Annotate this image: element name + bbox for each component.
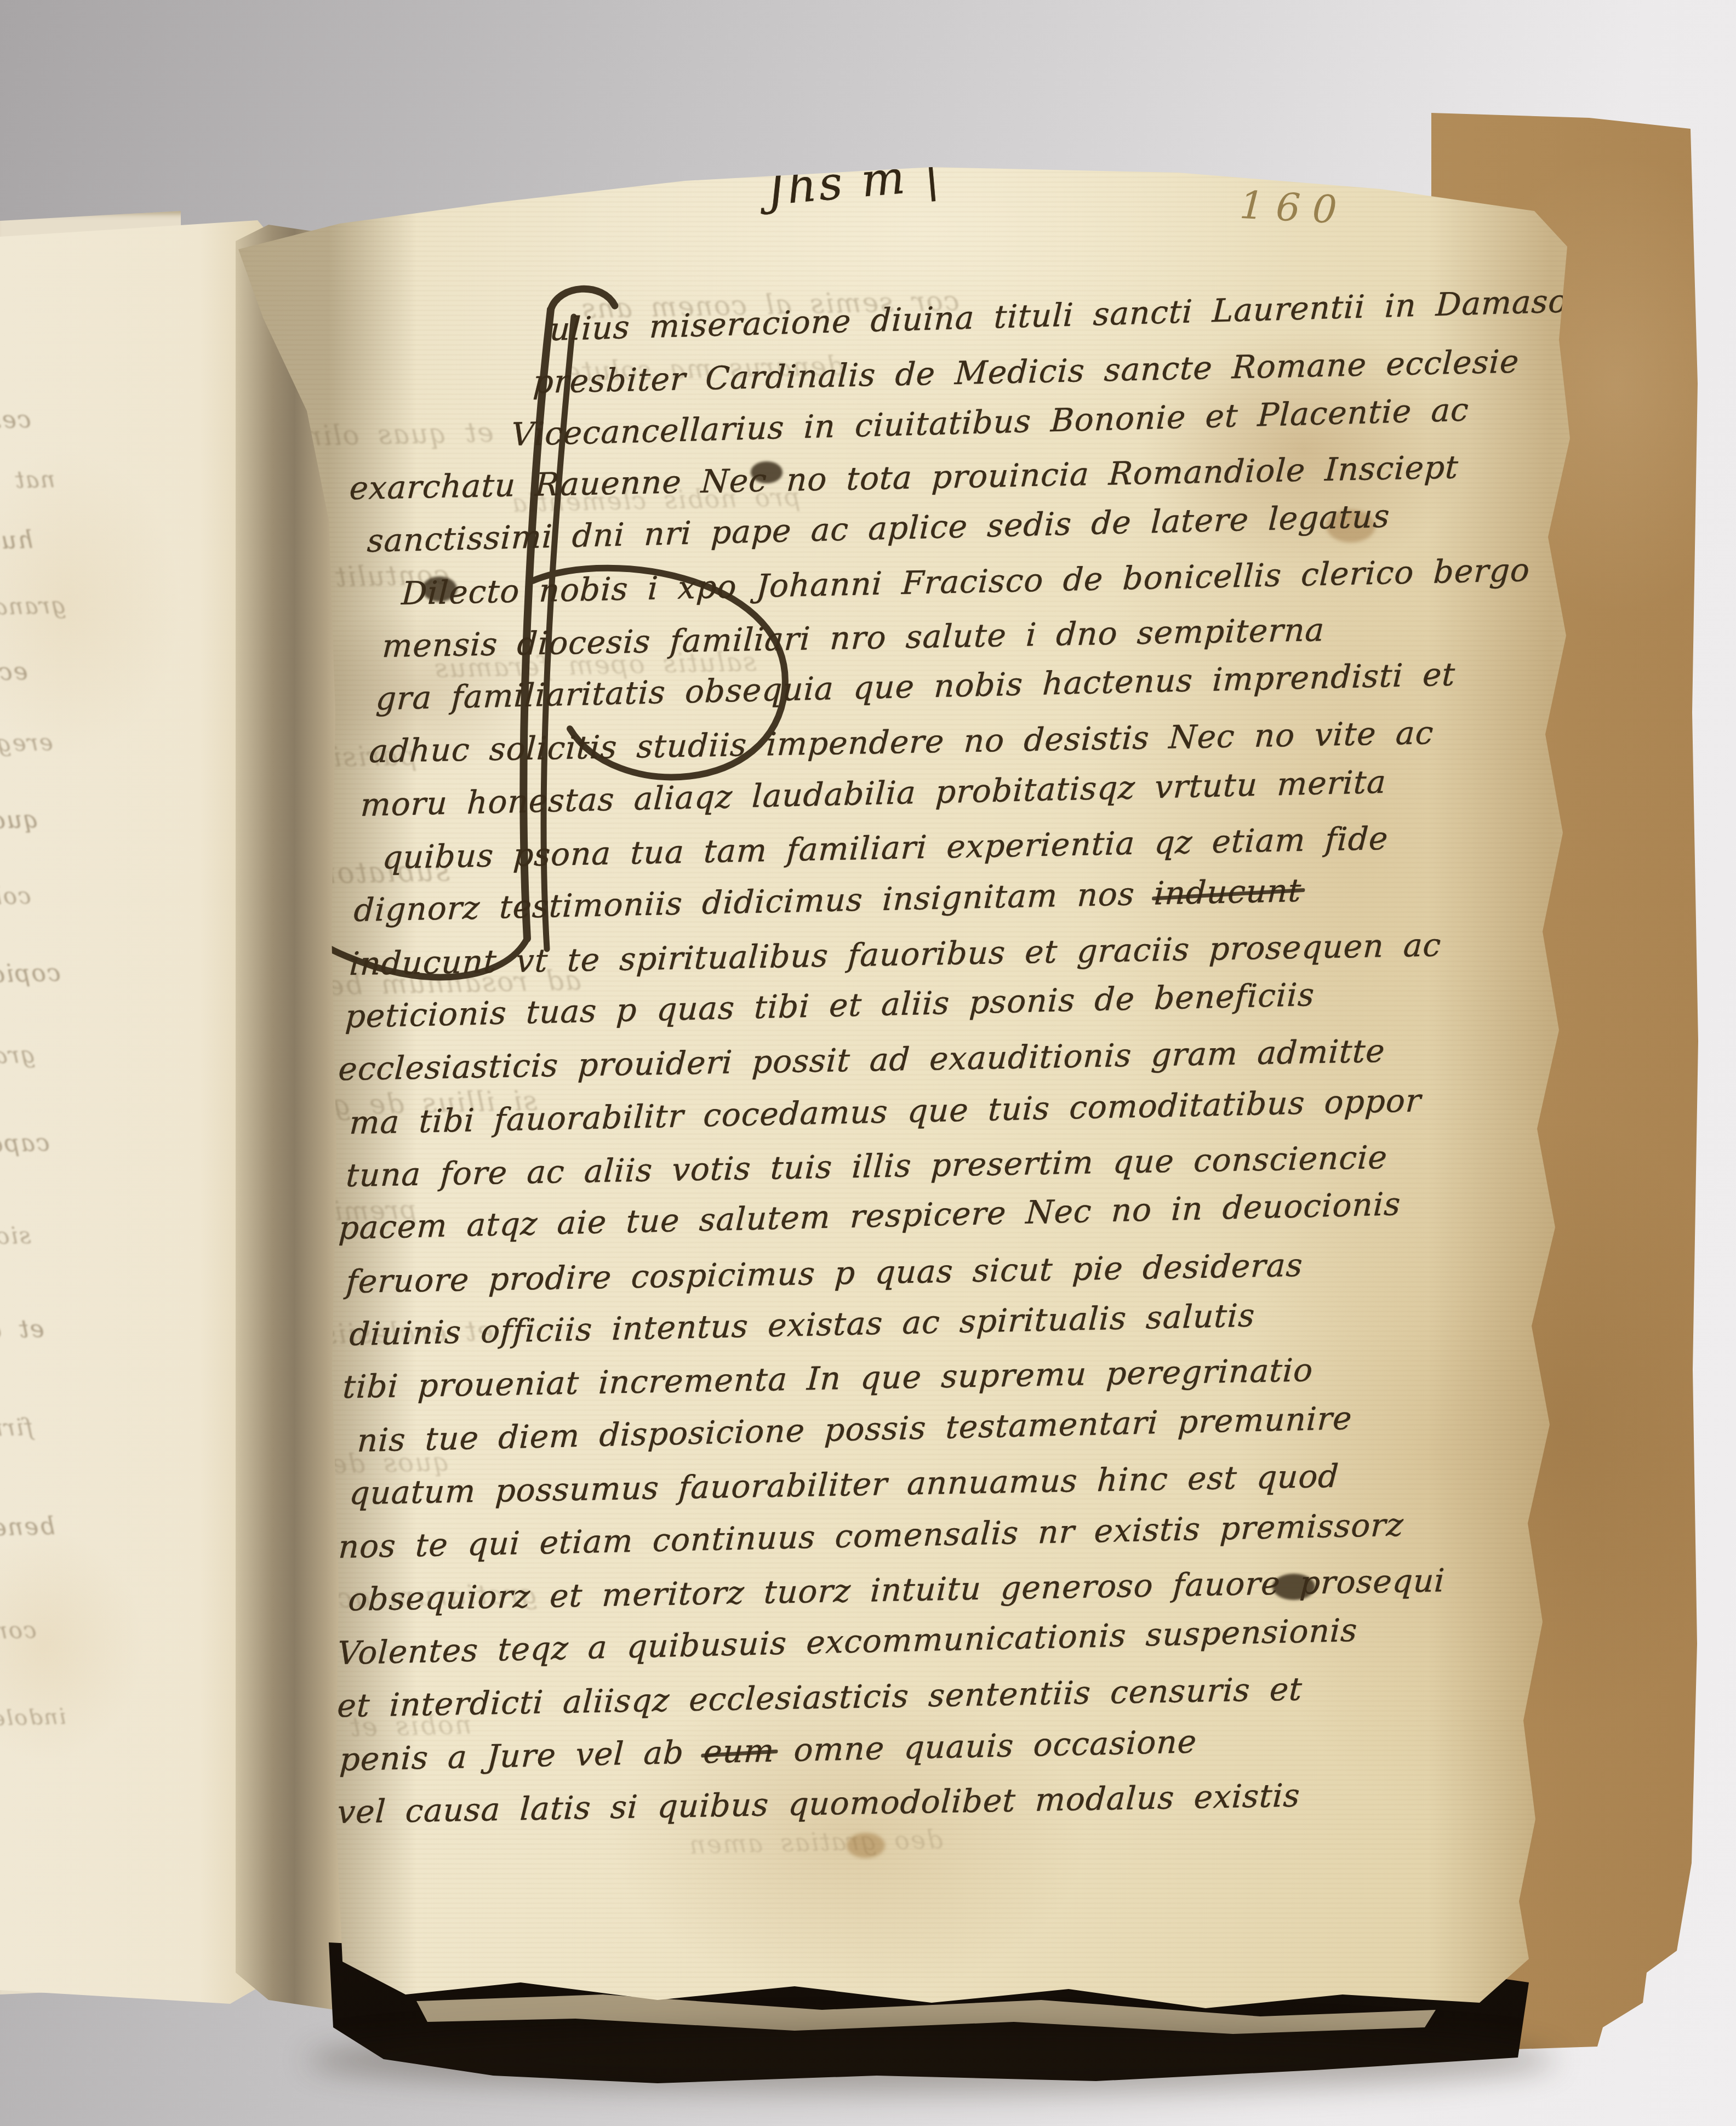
bleedthrough-line: gratum est [0, 1041, 36, 1071]
line-text: et interdicti aliisqz ecclesiasticis sen… [336, 1670, 1304, 1724]
bleedthrough-line: cesa volentes [0, 405, 31, 437]
bleedthrough-line: firmiter noster [0, 1414, 33, 1444]
fox-spot [847, 1833, 885, 1858]
left-margin-bleedthrough: cesa volentesnat ha mahuc opemgranaisecc… [0, 0, 285, 1973]
bleedthrough-line: complexui et [0, 1616, 37, 1647]
folio-number: 160 [1238, 182, 1350, 233]
fox-spot [1244, 60, 1266, 77]
bleedthrough-line: huc opem [0, 526, 33, 557]
bleedthrough-line: capellania bona [0, 1129, 50, 1161]
line-text: quatum possumus fauorabiliter annuamus h… [349, 1457, 1340, 1512]
book-block-shadow [307, 2027, 1556, 2093]
bleedthrough-line: ecce lesia un [0, 658, 28, 689]
bleedthrough-line: copiosa bis [0, 959, 61, 990]
header-invocation: Jhs m̃ | [764, 147, 944, 216]
line-text: omne quauis occasione [774, 1723, 1198, 1769]
bleedthrough-line: nat ha ma [0, 466, 55, 495]
bleedthrough-line: cohors una et [0, 882, 31, 913]
line-text: diuinis officiis intentus existas ac spi… [349, 1296, 1256, 1353]
struck-word: eum [703, 1731, 775, 1770]
bleedthrough-line: indole sua [0, 1704, 66, 1732]
line-text: dignorz testimoniis didicimus insignitam… [353, 875, 1155, 929]
bleedthrough-line: eregatis dea [0, 729, 53, 759]
bleedthrough-line: quod olim [0, 805, 39, 836]
scanned-manuscript: cor semis al conem ansdenarus ma solutee… [0, 0, 1736, 2126]
struck-word: inducunt [1153, 872, 1302, 912]
bleedthrough-line: benefacta eis [0, 1512, 55, 1544]
bleedthrough-line: granais [0, 592, 66, 621]
bleedthrough-line: et condigna [0, 1315, 44, 1346]
bleedthrough-line: sic ad merita [0, 1222, 31, 1253]
line-text: penis a Jure vel ab [339, 1733, 704, 1778]
line-text: vel causa latis si quibus quomodolibet m… [336, 1776, 1301, 1831]
